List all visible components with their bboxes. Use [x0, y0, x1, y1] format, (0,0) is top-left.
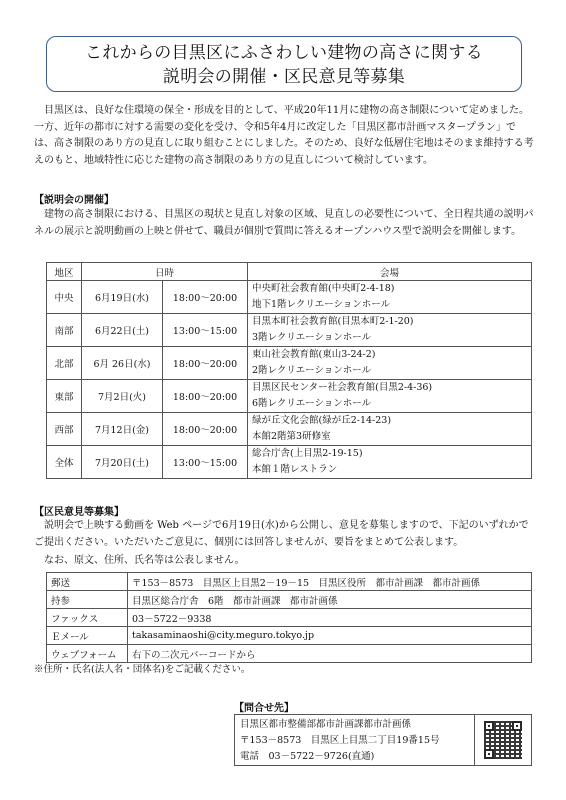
cell-time: 18:00～20:00 — [163, 347, 248, 380]
venue-room: 6階レクリエーションホール — [252, 396, 527, 412]
method-value: 右下の二次元バーコードから — [128, 645, 532, 663]
qr-code-icon[interactable] — [484, 721, 522, 759]
cell-date: 7月20日(土) — [82, 446, 163, 479]
method-value: 目黒区総合庁舎 6階 都市計画課 都市計画係 — [128, 591, 532, 609]
cell-time: 18:00～20:00 — [163, 281, 248, 314]
table-row: 北部 6月 26日(水) 18:00～20:00 東山社会教育館(東山3-24-… — [47, 347, 532, 380]
contact-text: 目黒区都市整備部都市計画課都市計画係 〒153－8573 目黒区上目黒二丁目19… — [235, 715, 475, 765]
opinions-text: 説明会で上映する動画を Web ページで6月19日(水)から公開し、意見を募集し… — [34, 518, 534, 551]
table-row: 南部 6月22日(土) 13:00～15:00 目黒本町社会教育館(目黒本町2-… — [47, 314, 532, 347]
cell-venue: 目黒区民センター社会教育館(目黒2-4-36)6階レクリエーションホール — [248, 380, 532, 413]
venue-name: 中央町社会教育館(中央町2-4-18) — [252, 281, 527, 297]
table-row: ウェブフォーム 右下の二次元バーコードから — [47, 645, 532, 663]
method-label: ウェブフォーム — [47, 645, 128, 663]
contact-address: 〒153－8573 目黒区上目黒二丁目19番15号 — [240, 733, 469, 749]
contact-heading: 【問合せ先】 — [234, 699, 294, 714]
cell-venue: 緑が丘文化会館(緑が丘2-14-23)本館2階第3研修室 — [248, 413, 532, 446]
submission-note: ※住所・氏名(法人名・団体名)をご記載ください。 — [34, 661, 250, 675]
cell-venue: 東山社会教育館(東山3-24-2)2階レクリエーションホール — [248, 347, 532, 380]
intro-paragraph: 目黒区は、良好な住環境の保全・形成を目的として、平成20年11月に建物の高さ制限… — [34, 103, 534, 169]
venue-name: 緑が丘文化会館(緑が丘2-14-23) — [252, 413, 527, 429]
cell-time: 18:00～20:00 — [163, 413, 248, 446]
schedule-table: 地区 日時 会場 中央 6月19日(水) 18:00～20:00 中央町社会教育… — [46, 262, 532, 479]
table-row: ファックス 03－5722－9338 — [47, 609, 532, 627]
title-box: これからの目黒区にふさわしい建物の高さに関する 説明会の開催・区民意見等募集 — [46, 36, 522, 92]
table-row: 西部 7月12日(金) 18:00～20:00 緑が丘文化会館(緑が丘2-14-… — [47, 413, 532, 446]
qr-finder-pattern — [512, 721, 522, 731]
cell-date: 6月 26日(水) — [82, 347, 163, 380]
title-line-1: これからの目黒区にふさわしい建物の高さに関する — [47, 41, 521, 65]
cell-area: 西部 — [47, 413, 82, 446]
venue-name: 東山社会教育館(東山3-24-2) — [252, 347, 527, 363]
table-row: Ｅメール takasaminaoshi@city.meguro.tokyo.jp — [47, 627, 532, 645]
opinions-note-text: なお、原文、住所、氏名等は公表しません。 — [34, 553, 534, 570]
briefing-heading: 【説明会の開催】 — [34, 191, 114, 206]
cell-venue: 中央町社会教育館(中央町2-4-18)地下1階レクリエーションホール — [248, 281, 532, 314]
venue-room: 2階レクリエーションホール — [252, 363, 527, 379]
table-row: 全体 7月20日(土) 13:00～15:00 総合庁舎(上目黒2-19-15)… — [47, 446, 532, 479]
method-label: ファックス — [47, 609, 128, 627]
venue-room: 本館2階第3研修室 — [252, 429, 527, 445]
cell-area: 南部 — [47, 314, 82, 347]
contact-box: 目黒区都市整備部都市計画課都市計画係 〒153－8573 目黒区上目黒二丁目19… — [234, 714, 532, 766]
qr-cell — [475, 715, 531, 765]
cell-time: 18:00～20:00 — [163, 380, 248, 413]
cell-venue: 目黒本町社会教育館(目黒本町2-1-20)3階レクリエーションホール — [248, 314, 532, 347]
opinions-heading: 【区民意見等募集】 — [34, 503, 124, 518]
venue-name: 目黒区民センター社会教育館(目黒2-4-36) — [252, 380, 527, 396]
cell-venue: 総合庁舎(上目黒2-19-15)本館１階レストラン — [248, 446, 532, 479]
venue-room: 地下1階レクリエーションホール — [252, 297, 527, 313]
cell-date: 6月22日(土) — [82, 314, 163, 347]
header-venue: 会場 — [248, 263, 532, 281]
cell-area: 全体 — [47, 446, 82, 479]
header-area: 地区 — [47, 263, 82, 281]
contact-department: 目黒区都市整備部都市計画課都市計画係 — [240, 717, 469, 733]
method-label: Ｅメール — [47, 627, 128, 645]
cell-time: 13:00～15:00 — [163, 446, 248, 479]
cell-time: 13:00～15:00 — [163, 314, 248, 347]
table-row: 持参 目黒区総合庁舎 6階 都市計画課 都市計画係 — [47, 591, 532, 609]
header-datetime: 日時 — [82, 263, 248, 281]
venue-room: 3階レクリエーションホール — [252, 330, 527, 346]
qr-finder-pattern — [484, 721, 494, 731]
method-label: 持参 — [47, 591, 128, 609]
table-row: 中央 6月19日(水) 18:00～20:00 中央町社会教育館(中央町2-4-… — [47, 281, 532, 314]
venue-name: 総合庁舎(上目黒2-19-15) — [252, 446, 527, 462]
cell-area: 北部 — [47, 347, 82, 380]
cell-area: 東部 — [47, 380, 82, 413]
venue-room: 本館１階レストラン — [252, 462, 527, 478]
email-link[interactable]: takasaminaoshi@city.meguro.tokyo.jp — [128, 627, 532, 645]
method-value: 〒153－8573 目黒区上目黒2－19－15 目黒区役所 都市計画課 都市計画… — [128, 573, 532, 591]
method-label: 郵送 — [47, 573, 128, 591]
schedule-header-row: 地区 日時 会場 — [47, 263, 532, 281]
title-line-2: 説明会の開催・区民意見等募集 — [47, 65, 521, 89]
venue-name: 目黒本町社会教育館(目黒本町2-1-20) — [252, 314, 527, 330]
contact-phone: 電話 03－5722－9726(直通) — [240, 749, 469, 765]
briefing-text: 建物の高さ制限における、目黒区の現状と見直し対象の区域、見直しの必要性について、… — [34, 207, 534, 240]
qr-finder-pattern — [484, 749, 494, 759]
submission-methods-table: 郵送 〒153－8573 目黒区上目黒2－19－15 目黒区役所 都市計画課 都… — [46, 572, 532, 663]
method-value: 03－5722－9338 — [128, 609, 532, 627]
cell-area: 中央 — [47, 281, 82, 314]
cell-date: 6月19日(水) — [82, 281, 163, 314]
table-row: 郵送 〒153－8573 目黒区上目黒2－19－15 目黒区役所 都市計画課 都… — [47, 573, 532, 591]
table-row: 東部 7月2日(火) 18:00～20:00 目黒区民センター社会教育館(目黒2… — [47, 380, 532, 413]
cell-date: 7月12日(金) — [82, 413, 163, 446]
cell-date: 7月2日(火) — [82, 380, 163, 413]
